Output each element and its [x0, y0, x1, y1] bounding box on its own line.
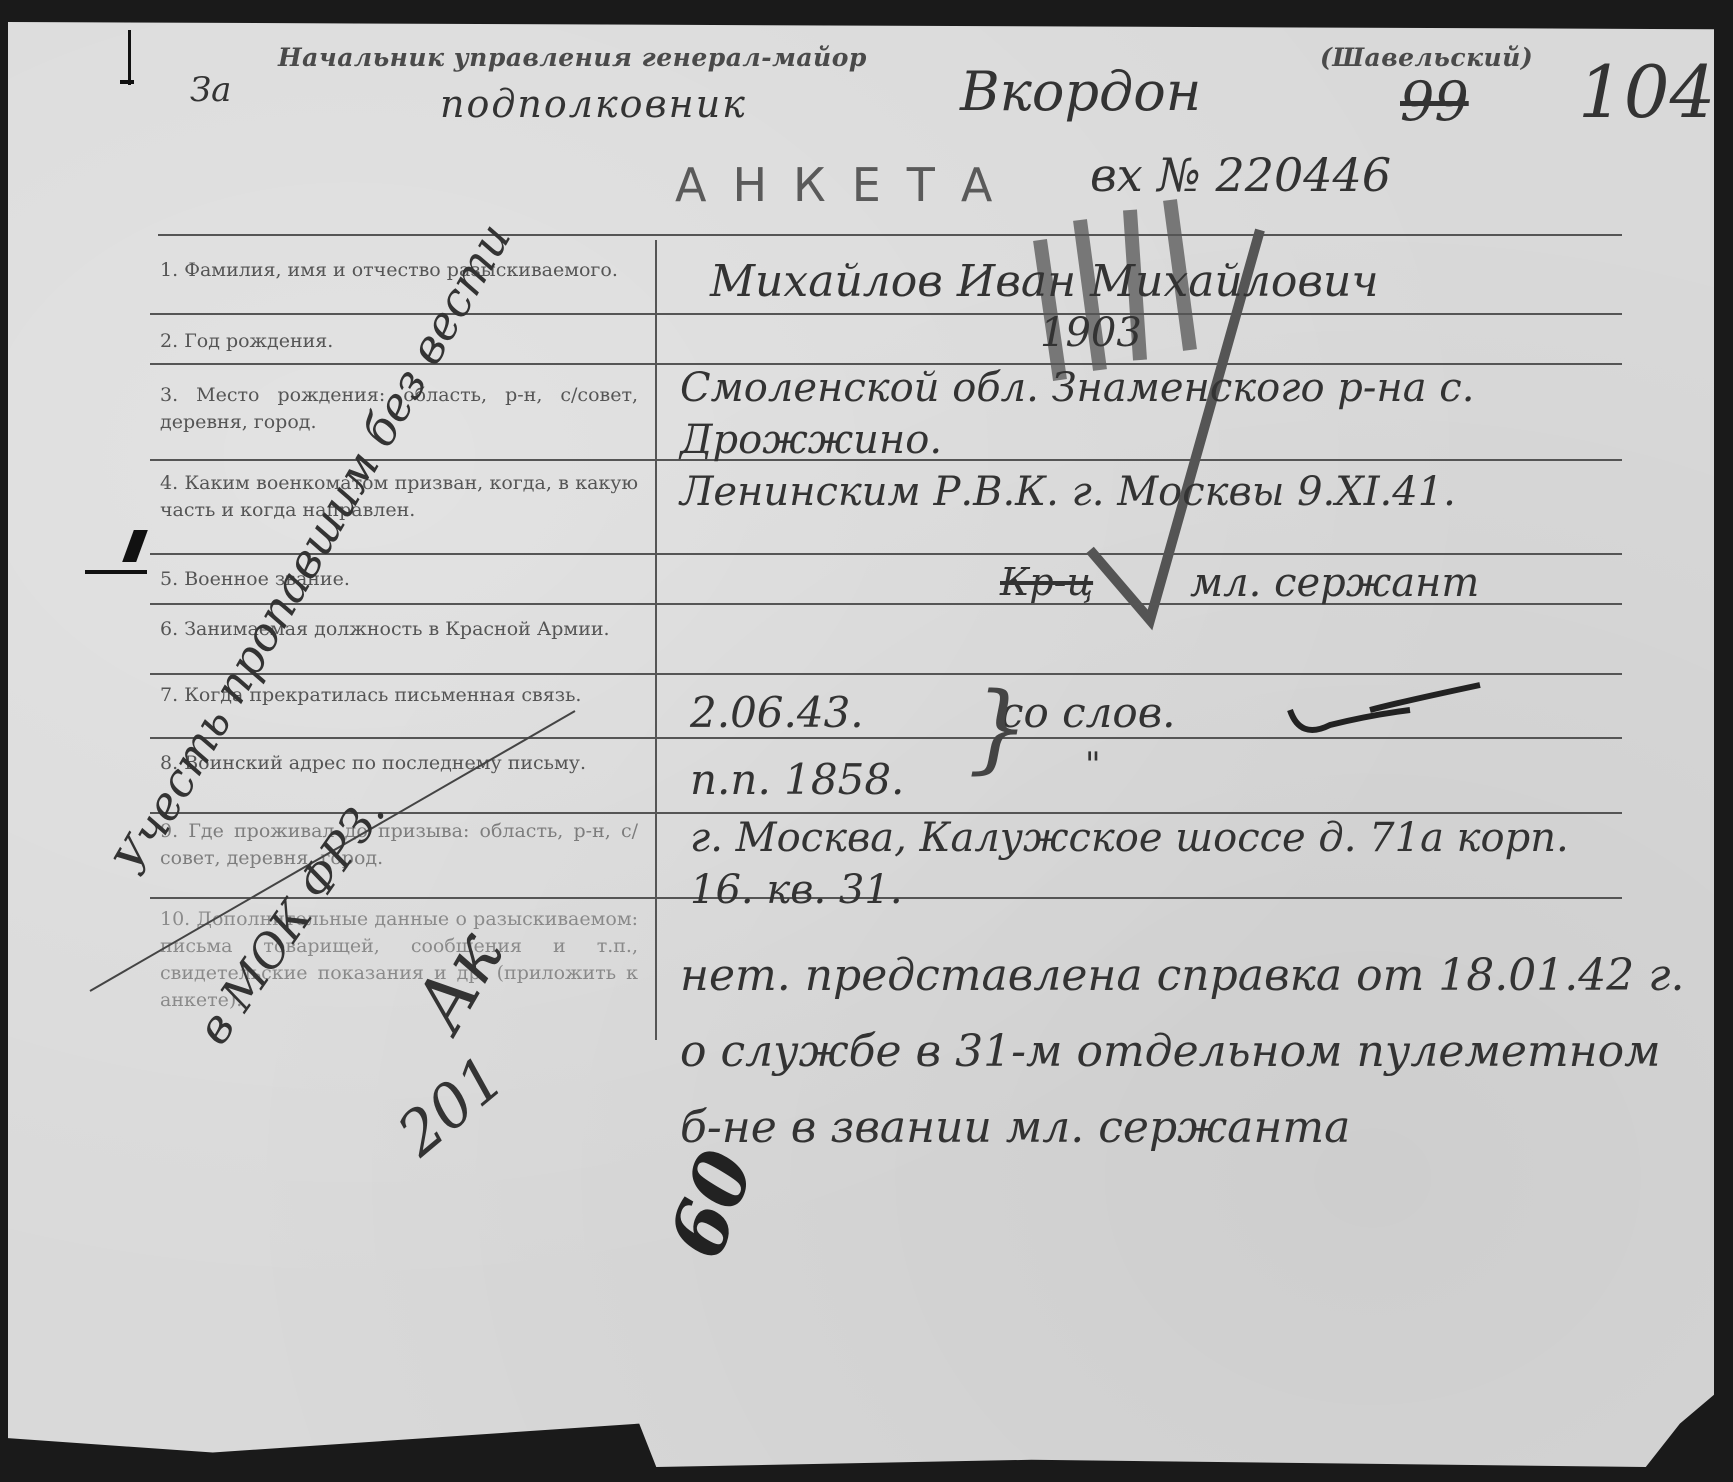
number-crossed: 99 — [1400, 70, 1469, 133]
field-value-7: 2.06.43. — [690, 688, 864, 737]
row-divider — [150, 673, 1622, 675]
paper-tear — [128, 30, 131, 85]
field-value-1: Михайлов Иван Михайлович — [710, 256, 1379, 307]
field-value-5: мл. сержант — [1190, 560, 1479, 606]
header-printed-line: Начальник управления генерал-майор — [278, 43, 867, 72]
brace-icon: } — [968, 680, 1029, 776]
handwritten-under: подполковник — [440, 82, 747, 126]
field-value-2: 1903 — [1040, 310, 1142, 356]
table-column-divider — [655, 240, 657, 1040]
paper-tear — [120, 80, 134, 84]
tick-marks — [1280, 680, 1500, 760]
paper-tear — [85, 570, 147, 574]
field-value-3: Смоленской обл. Знаменского р-на с. Дрож… — [680, 362, 1610, 466]
field-label-5: 5. Военное звание. — [160, 566, 638, 593]
handwritten-prefix: За — [190, 70, 231, 110]
field-label-1: 1. Фамилия, имя и отчество разыскиваемог… — [160, 257, 638, 284]
field-label-4: 4. Каким военкоматом призван, когда, в к… — [160, 470, 638, 524]
field-label-8: 8. Воинский адрес по последнему письму. — [160, 750, 638, 777]
table-top-line — [158, 234, 1622, 236]
field-label-9: 9. Где проживал до призыва: область, р-н… — [160, 818, 638, 872]
field-value-9: г. Москва, Калужское шоссе д. 71а корп. … — [690, 812, 1640, 916]
field-value-4: Ленинским Р.В.К. г. Москвы 9.XI.41. — [680, 466, 1580, 518]
row-divider — [150, 553, 1622, 555]
field-value-10: нет. представлена справка от 18.01.42 г.… — [680, 938, 1700, 1166]
field-value-8: п.п. 1858. — [690, 755, 904, 804]
number-right: 104 — [1578, 50, 1715, 134]
row-divider — [150, 313, 1622, 315]
field-value-8-note: " — [1085, 745, 1101, 785]
field-value-5-struck: Кр-ц — [1000, 560, 1093, 604]
document-title: АНКЕТА — [675, 158, 1018, 212]
handwritten-signature: Вкордон — [960, 60, 1201, 123]
header-signatory: (Шавельский) — [1320, 43, 1533, 72]
